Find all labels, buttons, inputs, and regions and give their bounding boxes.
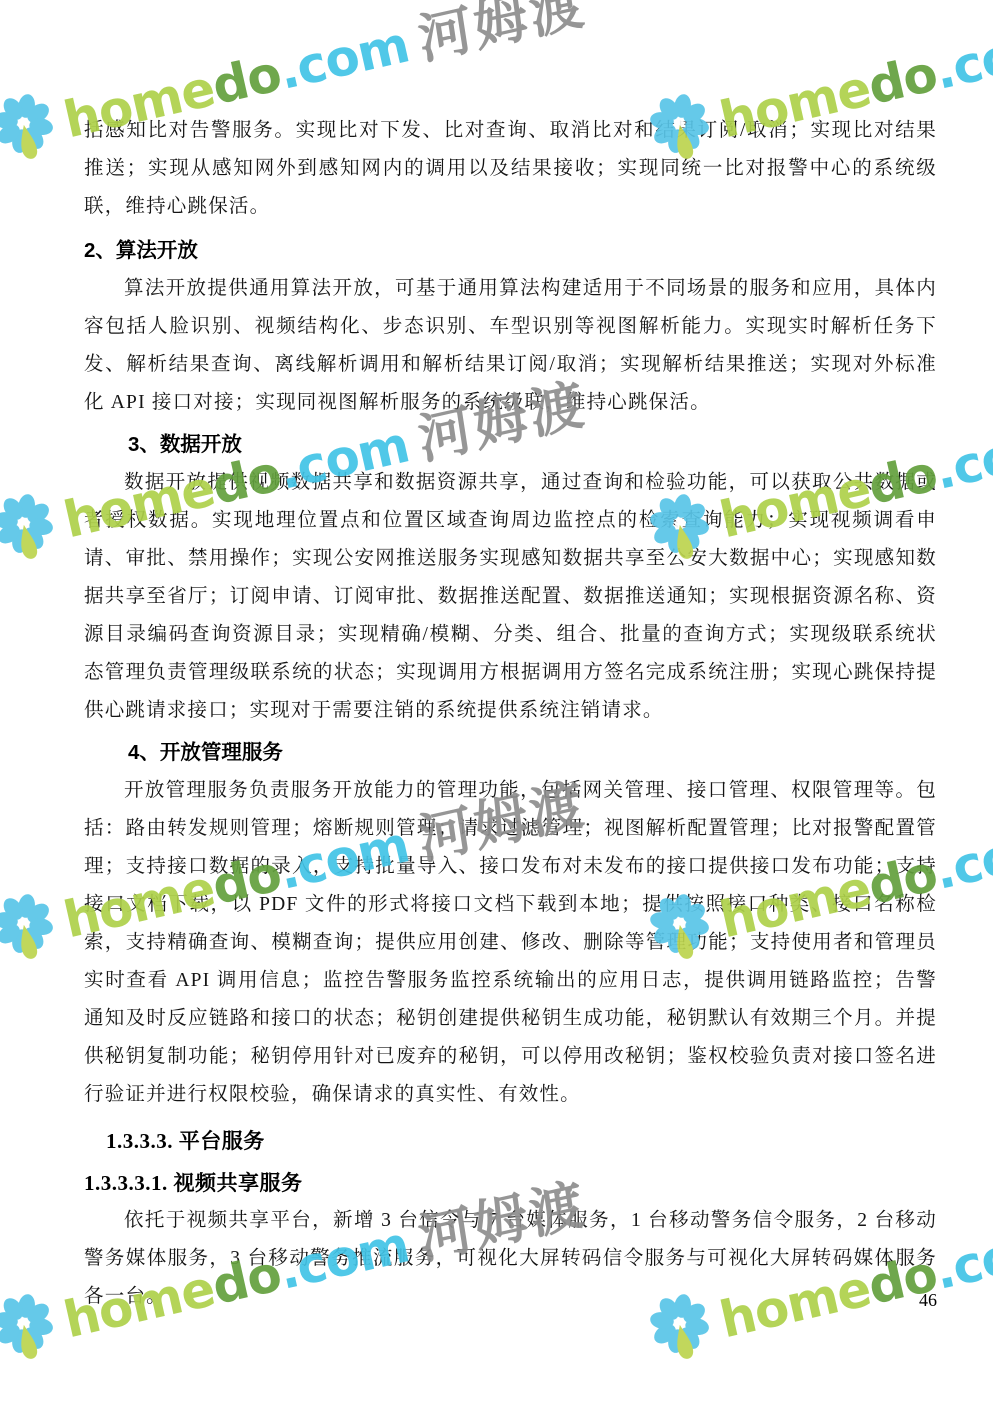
document-body: 括感知比对告警服务。实现比对下发、比对查询、取消比对和结果订阅/取消；实现比对结… — [0, 0, 993, 1316]
paragraph-continuation: 括感知比对告警服务。实现比对下发、比对查询、取消比对和结果订阅/取消；实现比对结… — [84, 112, 937, 226]
section-heading: 2、算法开放 — [84, 232, 937, 270]
numbered-heading: 1.3.3.3.1. 视频共享服务 — [84, 1164, 937, 1202]
section-heading: 3、数据开放 — [84, 426, 937, 464]
numbered-heading: 1.3.3.3. 平台服务 — [84, 1122, 937, 1160]
paragraph: 依托于视频共享平台，新增 3 台信令与 7 台媒体服务，1 台移动警务信令服务，… — [84, 1202, 937, 1316]
section-heading: 4、开放管理服务 — [84, 734, 937, 772]
paragraph: 数据开放提供视频数据共享和数据资源共享，通过查询和检验功能，可以获取公共数据或者… — [84, 464, 937, 730]
paragraph: 开放管理服务负责服务开放能力的管理功能，包括网关管理、接口管理、权限管理等。包括… — [84, 772, 937, 1114]
paragraph: 算法开放提供通用算法开放，可基于通用算法构建适用于不同场景的服务和应用，具体内容… — [84, 270, 937, 422]
document-page: 括感知比对告警服务。实现比对下发、比对查询、取消比对和结果订阅/取消；实现比对结… — [0, 0, 993, 1403]
page-number: 46 — [919, 1290, 937, 1311]
